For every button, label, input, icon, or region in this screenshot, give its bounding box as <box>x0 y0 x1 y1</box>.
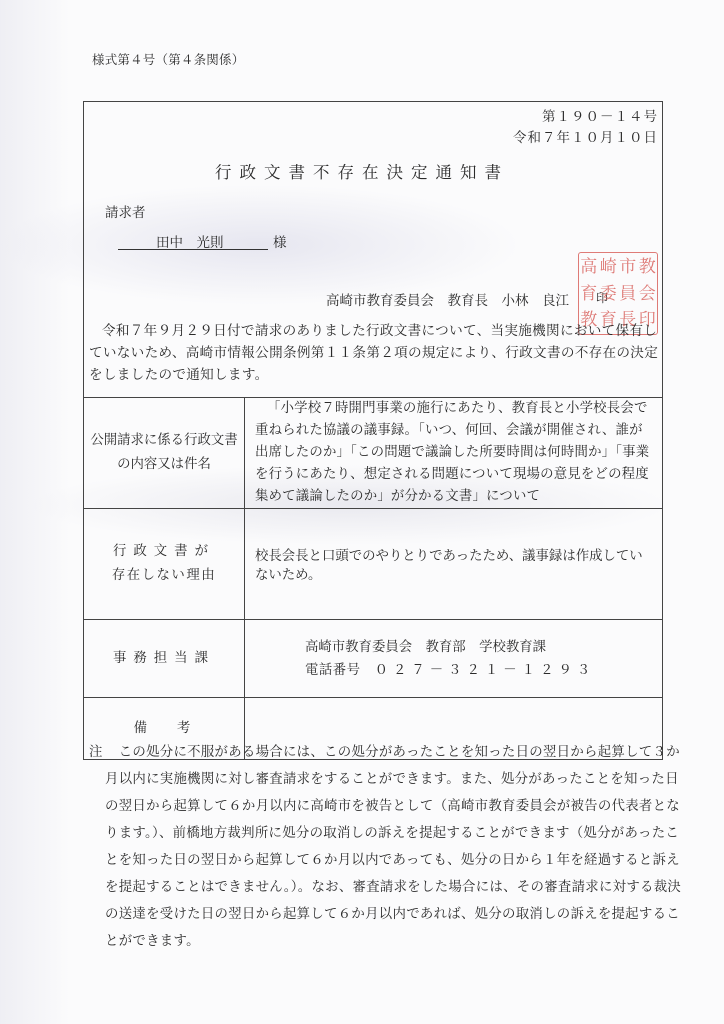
document-title: 行政文書不存在決定通知書 <box>0 159 724 183</box>
form-number: 様式第４号（第４条関係） <box>92 50 244 68</box>
stamp-char: 会 <box>638 281 658 308</box>
document-date: 令和７年１０月１０日 <box>513 126 658 146</box>
stamp-char: 崎 <box>599 254 619 281</box>
stamp-char: 委 <box>599 281 619 308</box>
phone-number: ０２７－３２１－１２９３ <box>375 663 596 678</box>
reason-label-line1: 行政文書が <box>88 540 240 564</box>
requester-honorific: 様 <box>273 231 287 251</box>
reason-value: 校長会長と口頭でのやりとりであったため、議事録は作成していないため。 <box>245 509 663 620</box>
department-phone: 電話番号０２７－３２１－１２９３ <box>305 659 652 682</box>
reason-label: 行政文書が 存在しない理由 <box>84 509 245 620</box>
subject-label: 公開請求に係る行政文書の内容又は件名 <box>84 398 245 509</box>
note-head: 注 <box>89 745 103 760</box>
stamp-char: 育 <box>579 281 599 308</box>
stamp-char: 高 <box>579 254 599 281</box>
appeal-note: 注この処分に不服がある場合には、この処分があったことを知った日の翌日から起算して… <box>89 739 687 955</box>
subject-value: 「小学校７時開門事業の施行にあたり、教育長と小学校長会で重ねられた協議の議事録。… <box>245 398 663 509</box>
stamp-char: 員 <box>618 281 638 308</box>
reason-label-line2: 存在しない理由 <box>88 564 240 588</box>
notice-body: 令和７年９月２９日付で請求のありました行政文書について、当実施機関において保有し… <box>89 320 659 386</box>
stamp-char: 市 <box>618 254 638 281</box>
phone-label: 電話番号 <box>305 663 361 678</box>
note-text: この処分に不服がある場合には、この処分があったことを知った日の翌日から起算して３… <box>105 745 681 949</box>
requester-name: 田中 光則 <box>118 231 268 250</box>
document-number: 第１９０－１４号 <box>542 105 658 125</box>
requester-label: 請求者 <box>105 201 146 221</box>
department-name: 高崎市教育委員会 教育部 学校教育課 <box>305 636 652 659</box>
decision-table: 公開請求に係る行政文書の内容又は件名 「小学校７時開門事業の施行にあたり、教育長… <box>83 397 663 760</box>
issuer-name: 高崎市教育委員会 教育長 小林 良江 <box>326 289 569 309</box>
department-value: 高崎市教育委員会 教育部 学校教育課 電話番号０２７－３２１－１２９３ <box>245 620 663 698</box>
stamp-char: 教 <box>638 254 658 281</box>
department-label: 事務担当課 <box>84 620 245 698</box>
table-row-department: 事務担当課 高崎市教育委員会 教育部 学校教育課 電話番号０２７－３２１－１２９… <box>84 620 663 698</box>
table-row-reason: 行政文書が 存在しない理由 校長会長と口頭でのやりとりであったため、議事録は作成… <box>84 509 663 620</box>
table-row-subject: 公開請求に係る行政文書の内容又は件名 「小学校７時開門事業の施行にあたり、教育長… <box>84 398 663 509</box>
